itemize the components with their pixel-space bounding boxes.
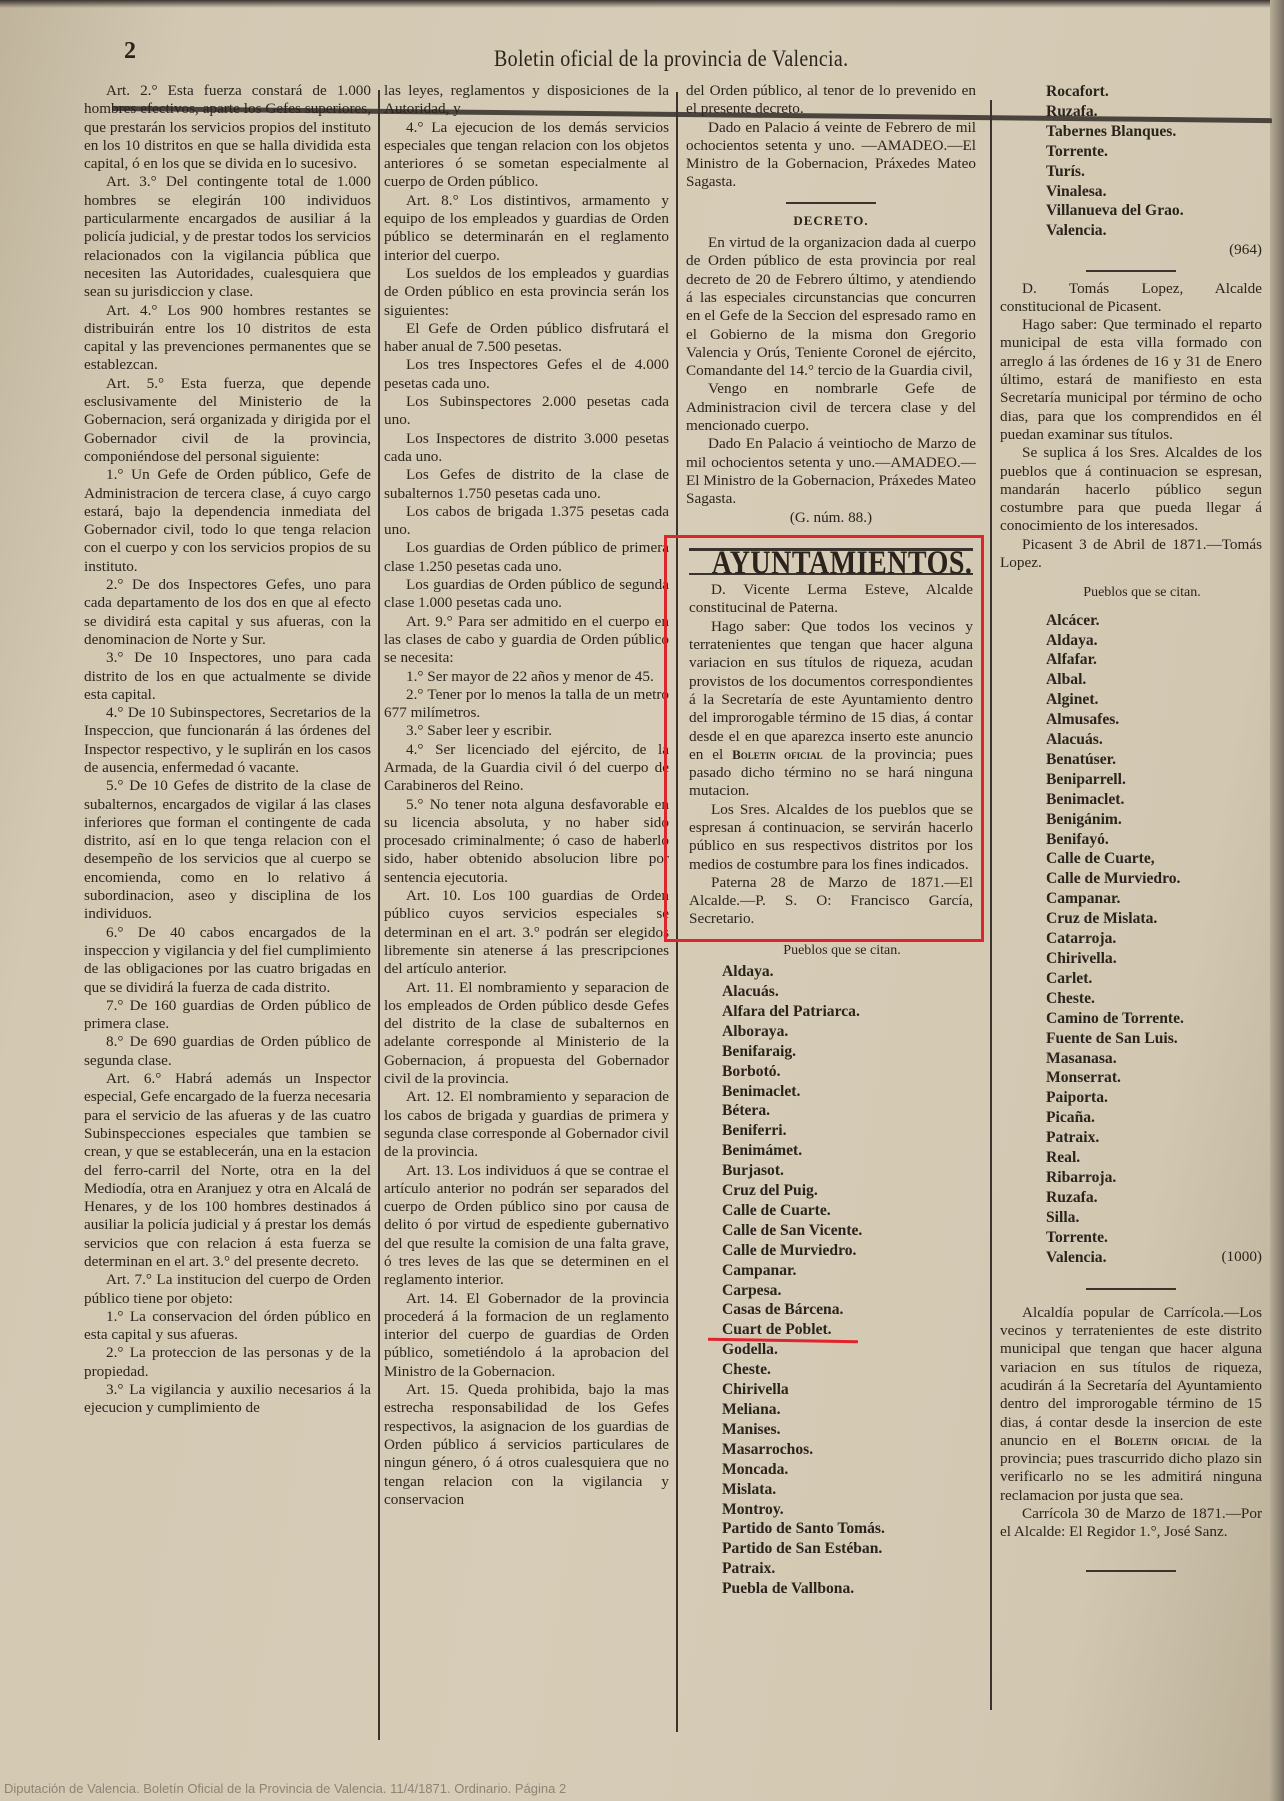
article-paragraph: Art. 7.° La institucion del cuerpo de Or…: [84, 1271, 371, 1308]
pueblo-item: Meliana.: [722, 1400, 976, 1420]
pueblo-item: Ruzafa.: [1046, 1188, 1262, 1208]
page-binding-edge: [1270, 0, 1284, 1801]
decreto-paragraph: En virtud de la organizacion dada al cue…: [686, 234, 976, 380]
article-paragraph: 3.° De 10 Inspectores, uno para cada dis…: [84, 649, 371, 704]
pueblo-item: Partido de Santo Tomás.: [722, 1519, 976, 1539]
notice-heading: D. Vicente Lerma Esteve, Alcalde constit…: [689, 581, 973, 618]
pueblo-item: Calle de San Vicente.: [722, 1221, 976, 1241]
notice-paragraph: Hago saber: Que todos los vecinos y terr…: [689, 618, 973, 801]
decreto-heading: DECRETO.: [686, 212, 976, 230]
article-paragraph: 1.° Un Gefe de Orden público, Gefe de Ad…: [84, 466, 371, 576]
ayuntamientos-heading: AYUNTAMIENTOS.: [689, 553, 973, 575]
article-paragraph: El Gefe de Orden público disfrutará el h…: [384, 320, 669, 357]
pueblo-item: Beniparrell.: [1046, 770, 1262, 790]
pueblo-item: Beniferri.: [722, 1121, 976, 1141]
pueblo-item: Partido de San Estéban.: [722, 1539, 976, 1559]
article-paragraph: Los sueldos de los empleados y guardias …: [384, 265, 669, 320]
pueblo-item: Aldaya.: [722, 962, 976, 982]
pueblo-item: Borbotó.: [722, 1062, 976, 1082]
article-paragraph: Art. 8.° Los distintivos, armamento y eq…: [384, 192, 669, 265]
column-4: Rocafort. Ruzafa. Tabernes Blanques. Tor…: [1000, 82, 1262, 1580]
notice-paragraph: Alcaldía popular de Carrícola.—Los vecin…: [1000, 1304, 1262, 1505]
page-header: 2 Boletin oficial de la provincia de Val…: [0, 38, 1284, 78]
article-paragraph: 3.° La vigilancia y auxilio necesarios á…: [84, 1381, 371, 1418]
pueblo-item: Fuente de San Luis.: [1046, 1029, 1262, 1049]
pueblo-item: Calle de Murviedro.: [1046, 869, 1262, 889]
pueblo-item: Alacuás.: [1046, 730, 1262, 750]
publication-title: Boletin oficial de la provincia de Valen…: [494, 46, 848, 72]
pueblo-item: Alcácer.: [1046, 611, 1262, 631]
article-paragraph: Art. 13. Los individuos á que se contrae…: [384, 1162, 669, 1290]
archive-footer: Diputación de Valencia. Boletín Oficial …: [4, 1781, 566, 1796]
article-paragraph: 7.° De 160 guardias de Orden público de …: [84, 997, 371, 1034]
column-divider: [990, 100, 992, 1710]
pueblo-item: Almusafes.: [1046, 710, 1262, 730]
pueblo-item: Campanar.: [722, 1261, 976, 1281]
pueblo-item: Patraix.: [722, 1559, 976, 1579]
article-paragraph: las leyes, reglamentos y disposiciones d…: [384, 82, 669, 119]
pueblo-item: Cheste.: [1046, 989, 1262, 1009]
article-paragraph: Los Inspectores de distrito 3.000 peseta…: [384, 430, 669, 467]
column-divider: [378, 90, 380, 1740]
article-paragraph: Art. 4.° Los 900 hombres restantes se di…: [84, 302, 371, 375]
article-paragraph: Los guardias de Orden público de segunda…: [384, 576, 669, 613]
decreto-reference: (G. núm. 88.): [686, 509, 976, 527]
pueblo-item: Alginet.: [1046, 690, 1262, 710]
pueblo-item: Catarroja.: [1046, 929, 1262, 949]
article-paragraph: 1.° La conservacion del órden público en…: [84, 1308, 371, 1345]
pueblo-item: Rocafort.: [1046, 82, 1262, 102]
column-2: las leyes, reglamentos y disposiciones d…: [384, 82, 669, 1509]
pueblo-item: Benifaraig.: [722, 1042, 976, 1062]
article-paragraph: Art. 2.° Esta fuerza constará de 1.000 h…: [84, 82, 371, 173]
notice-reference: (1000): [1000, 1248, 1262, 1266]
pueblo-item: Benimaclet.: [1046, 790, 1262, 810]
pueblo-item: Burjasot.: [722, 1161, 976, 1181]
continued-pueblos-list: Rocafort. Ruzafa. Tabernes Blanques. Tor…: [1046, 82, 1262, 241]
pueblo-item: Chirivella: [722, 1380, 976, 1400]
pueblos-list: Alcácer. Aldaya. Alfafar. Albal. Alginet…: [1046, 611, 1262, 1268]
pueblo-item: Patraix.: [1046, 1128, 1262, 1148]
pueblo-item: Alacuás.: [722, 982, 976, 1002]
pueblo-item: Ruzafa.: [1046, 102, 1262, 122]
pueblo-item: Torrente.: [1046, 142, 1262, 162]
pueblo-item: Alfara del Patriarca.: [722, 1002, 976, 1022]
notice-heading: D. Tomás Lopez, Alcalde constitucional d…: [1000, 280, 1262, 317]
notice-text: Alcaldía popular de Carrícola.—Los vecin…: [1000, 1304, 1262, 1449]
article-paragraph: 5.° De 10 Gefes de distrito de la clase …: [84, 777, 371, 923]
pueblos-heading: Pueblos que se citan.: [686, 942, 976, 960]
pueblo-item: Moncada.: [722, 1460, 976, 1480]
pueblo-item: Benifayó.: [1046, 830, 1262, 850]
pueblo-item: Vinalesa.: [1046, 182, 1262, 202]
pueblo-item: Casas de Bárcena.: [722, 1300, 976, 1320]
article-paragraph: Art. 10. Los 100 guardias de Orden públi…: [384, 887, 669, 978]
pueblo-item: Benigánim.: [1046, 810, 1262, 830]
article-paragraph: Art. 15. Queda prohibida, bajo la mas es…: [384, 1381, 669, 1509]
pueblo-item: Calle de Murviedro.: [722, 1241, 976, 1261]
pueblo-item-underlined: Cuart de Poblet.: [722, 1321, 832, 1338]
pueblo-item: Mislata.: [722, 1480, 976, 1500]
notice-paragraph: Los Sres. Alcaldes de los pueblos que se…: [689, 801, 973, 874]
newspaper-page: 2 Boletin oficial de la provincia de Val…: [0, 0, 1284, 1801]
pueblo-item: Masarrochos.: [722, 1440, 976, 1460]
pueblo-item: Chirivella.: [1046, 949, 1262, 969]
section-rule: [1086, 1570, 1176, 1572]
pueblo-item: Calle de Cuarte.: [722, 1201, 976, 1221]
ayuntamientos-highlight-box: AYUNTAMIENTOS. D. Vicente Lerma Esteve, …: [664, 535, 984, 942]
notice-signature: Picasent 3 de Abril de 1871.—Tomás Lopez…: [1000, 536, 1262, 573]
notice-text: Hago saber: Que todos los vecinos y terr…: [689, 618, 973, 763]
decree-closing: del Orden público, al tenor de lo preven…: [686, 82, 976, 119]
pueblo-item: Cruz de Mislata.: [1046, 909, 1262, 929]
article-paragraph: 3.° Saber leer y escribir.: [384, 722, 669, 740]
pueblo-item: Albal.: [1046, 670, 1262, 690]
article-paragraph: 2.° La proteccion de las personas y de l…: [84, 1344, 371, 1381]
pueblo-item: Puebla de Vallbona.: [722, 1579, 976, 1599]
article-paragraph: 8.° De 690 guardias de Orden público de …: [84, 1033, 371, 1070]
pueblos-heading: Pueblos que se citan.: [1000, 584, 1262, 602]
pueblo-item: Campanar.: [1046, 889, 1262, 909]
pueblo-item: Camino de Torrente.: [1046, 1009, 1262, 1029]
article-paragraph: Los cabos de brigada 1.375 pesetas cada …: [384, 503, 669, 540]
article-paragraph: Los guardias de Orden público de primera…: [384, 539, 669, 576]
pueblo-item: Bétera.: [722, 1101, 976, 1121]
article-paragraph: Los Subinspectores 2.000 pesetas cada un…: [384, 393, 669, 430]
decreto-paragraph: Vengo en nombrarle Gefe de Administracio…: [686, 380, 976, 435]
decree-signature: Dado en Palacio á veinte de Febrero de m…: [686, 119, 976, 192]
pueblo-item: Real.: [1046, 1148, 1262, 1168]
notice-reference: (964): [1000, 241, 1262, 259]
column-3: del Orden público, al tenor de lo preven…: [686, 82, 976, 1599]
pueblo-item: Alfafar.: [1046, 650, 1262, 670]
article-paragraph: Art. 11. El nombramiento y separacion de…: [384, 979, 669, 1089]
article-paragraph: 5.° No tener nota alguna desfavorable en…: [384, 796, 669, 887]
article-paragraph: 1.° Ser mayor de 22 años y menor de 45.: [384, 668, 669, 686]
article-paragraph: Art. 14. El Gobernador de la provincia p…: [384, 1290, 669, 1381]
article-paragraph: 6.° De 40 cabos encargados de la inspecc…: [84, 924, 371, 997]
article-paragraph: Art. 6.° Habrá además un Inspector espec…: [84, 1070, 371, 1271]
pueblo-item: Picaña.: [1046, 1108, 1262, 1128]
notice-signature: Carrícola 30 de Marzo de 1871.—Por el Al…: [1000, 1505, 1262, 1542]
pueblo-item: Manises.: [722, 1420, 976, 1440]
section-rule: [1086, 270, 1176, 272]
article-paragraph: Los tres Inspectores Gefes el de 4.000 p…: [384, 356, 669, 393]
pueblo-item: Montroy.: [722, 1500, 976, 1520]
pueblo-item: Carpesa.: [722, 1281, 976, 1301]
article-paragraph: Art. 12. El nombramiento y separacion de…: [384, 1088, 669, 1161]
article-paragraph: 4.° De 10 Subinspectores, Secretarios de…: [84, 704, 371, 777]
pueblo-item: Benimaclet.: [722, 1082, 976, 1102]
scan-top-shadow: [0, 0, 1284, 8]
notice-paragraph: Se suplica á los Sres. Alcaldes de los p…: [1000, 444, 1262, 535]
pueblo-item: Turís.: [1046, 162, 1262, 182]
pueblo-item: Alboraya.: [722, 1022, 976, 1042]
pueblo-item: Masanasa.: [1046, 1049, 1262, 1069]
boletin-label: Boletin oficial: [1114, 1433, 1209, 1448]
pueblo-item: Godella.: [722, 1340, 976, 1360]
notice-signature: Paterna 28 de Marzo de 1871.—El Alcalde.…: [689, 874, 973, 929]
boletin-label: Boletin oficial: [732, 747, 823, 762]
page-number: 2: [124, 38, 136, 65]
pueblo-item: Calle de Cuarte,: [1046, 849, 1262, 869]
article-paragraph: 2.° De dos Inspectores Gefes, uno para c…: [84, 576, 371, 649]
pueblo-item: Benatúser.: [1046, 750, 1262, 770]
article-paragraph: 2.° Tener por lo menos la talla de un me…: [384, 686, 669, 723]
pueblo-item: Carlet.: [1046, 969, 1262, 989]
section-rule: [786, 202, 876, 204]
pueblo-item: Benimámet.: [722, 1141, 976, 1161]
article-paragraph: Art. 5.° Esta fuerza, que depende esclus…: [84, 375, 371, 466]
notice-paragraph: Hago saber: Que terminado el reparto mun…: [1000, 316, 1262, 444]
pueblo-item: Tabernes Blanques.: [1046, 122, 1262, 142]
pueblo-item: Ribarroja.: [1046, 1168, 1262, 1188]
pueblo-item: Paiporta.: [1046, 1088, 1262, 1108]
article-paragraph: 4.° Ser licenciado del ejército, de la A…: [384, 741, 669, 796]
pueblo-item: Monserrat.: [1046, 1068, 1262, 1088]
pueblos-list: Aldaya. Alacuás. Alfara del Patriarca. A…: [722, 962, 976, 1599]
article-paragraph: Art. 3.° Del contingente total de 1.000 …: [84, 173, 371, 301]
pueblo-item: Cheste.: [722, 1360, 976, 1380]
pueblo-item: Aldaya.: [1046, 631, 1262, 651]
decreto-paragraph: Dado En Palacio á veintiocho de Marzo de…: [686, 435, 976, 508]
article-paragraph: Art. 9.° Para ser admitido en el cuerpo …: [384, 613, 669, 668]
section-rule: [1086, 1288, 1176, 1290]
article-paragraph: 4.° La ejecucion de los demás servicios …: [384, 119, 669, 192]
pueblo-item: Valencia.: [1046, 221, 1262, 241]
article-paragraph: Los Gefes de distrito de la clase de sub…: [384, 466, 669, 503]
pueblo-item: Cruz del Puig.: [722, 1181, 976, 1201]
pueblo-item: Torrente.: [1046, 1228, 1262, 1248]
column-1: Art. 2.° Esta fuerza constará de 1.000 h…: [84, 82, 371, 1418]
pueblo-item: Silla.: [1046, 1208, 1262, 1228]
pueblo-item: Villanueva del Grao.: [1046, 201, 1262, 221]
